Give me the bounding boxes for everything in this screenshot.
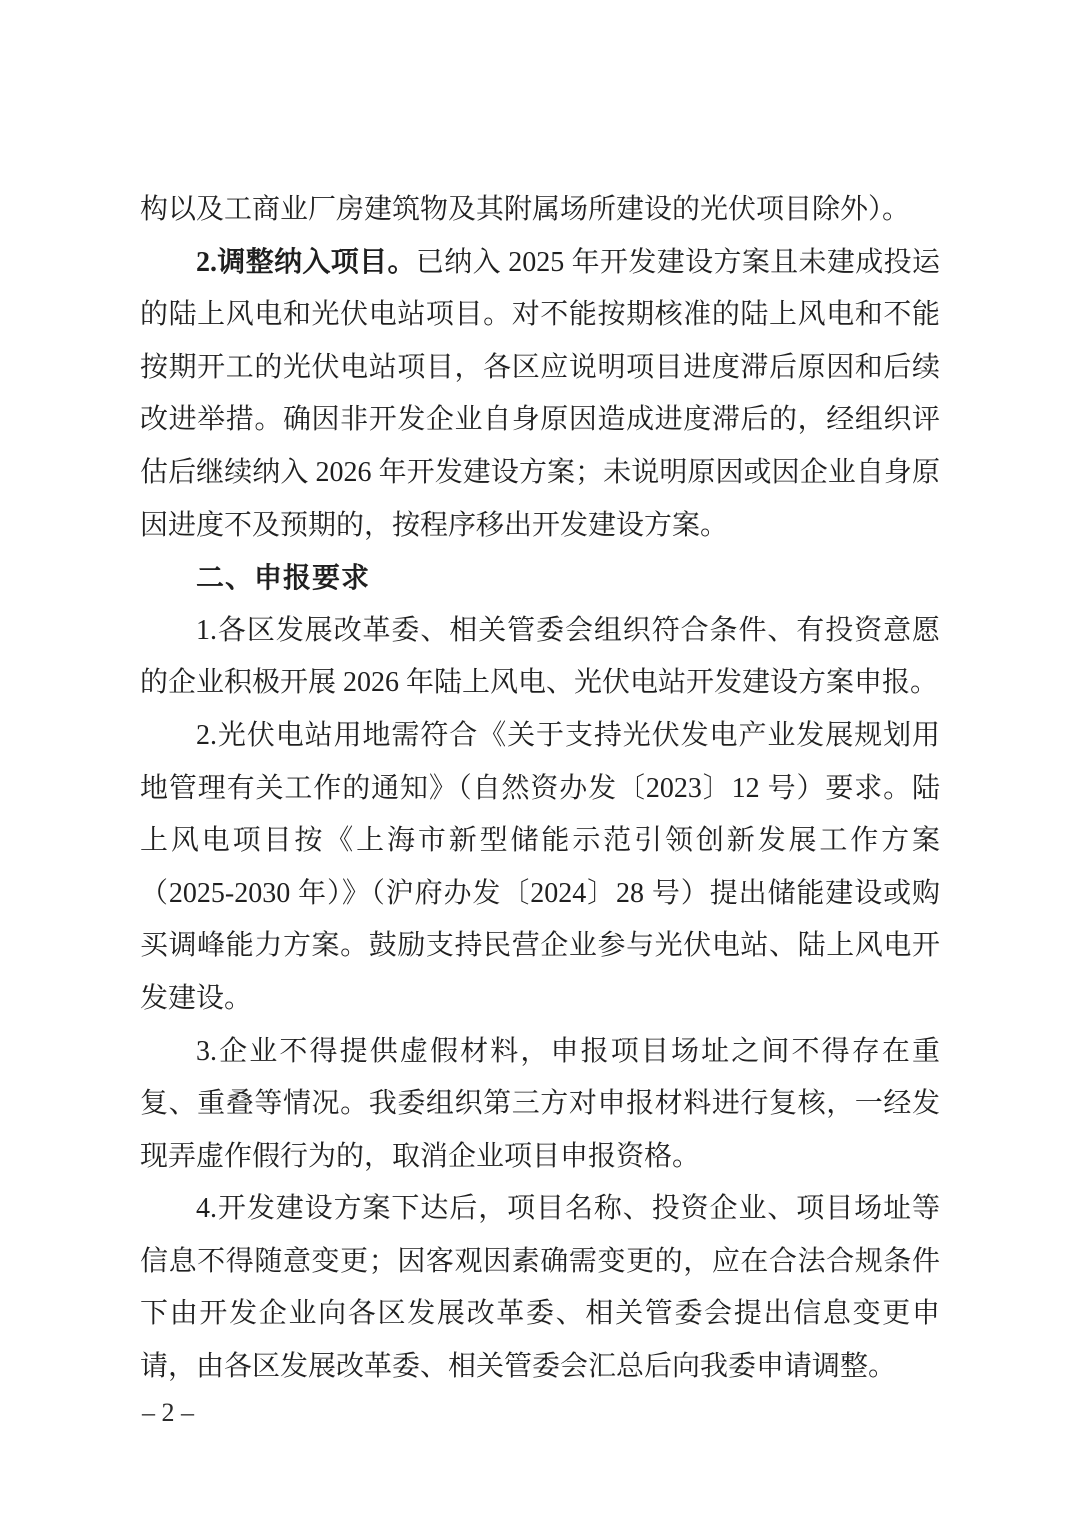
requirement-item-3: 3.企业不得提供虚假材料，申报项目场址之间不得存在重复、重叠等情况。我委组织第三…	[140, 1026, 940, 1184]
page-number: – 2 –	[142, 1396, 194, 1430]
requirement-item-1: 1.各区发展改革委、相关管委会组织符合条件、有投资意愿的企业积极开展 2026 …	[140, 605, 940, 710]
paragraph-adjust-projects: 2.调整纳入项目。已纳入 2025 年开发建设方案且未建成投运的陆上风电和光伏电…	[140, 237, 940, 553]
document-body: 构以及工商业厂房建筑物及其附属场所建设的光伏项目除外）。 2.调整纳入项目。已纳…	[140, 184, 940, 1394]
document-page: 构以及工商业厂房建筑物及其附属场所建设的光伏项目除外）。 2.调整纳入项目。已纳…	[0, 0, 1080, 1527]
paragraph-continuation: 构以及工商业厂房建筑物及其附属场所建设的光伏项目除外）。	[140, 184, 940, 237]
requirement-item-2: 2.光伏电站用地需符合《关于支持光伏发电产业发展规划用地管理有关工作的通知》（自…	[140, 710, 940, 1026]
paragraph-adjust-text: 已纳入 2025 年开发建设方案且未建成投运的陆上风电和光伏电站项目。对不能按期…	[140, 247, 940, 541]
paragraph-adjust-lead: 2.调整纳入项目。	[196, 247, 416, 278]
section-heading-requirements: 二、申报要求	[140, 552, 940, 605]
requirement-item-4: 4.开发建设方案下达后，项目名称、投资企业、项目场址等信息不得随意变更；因客观因…	[140, 1183, 940, 1393]
